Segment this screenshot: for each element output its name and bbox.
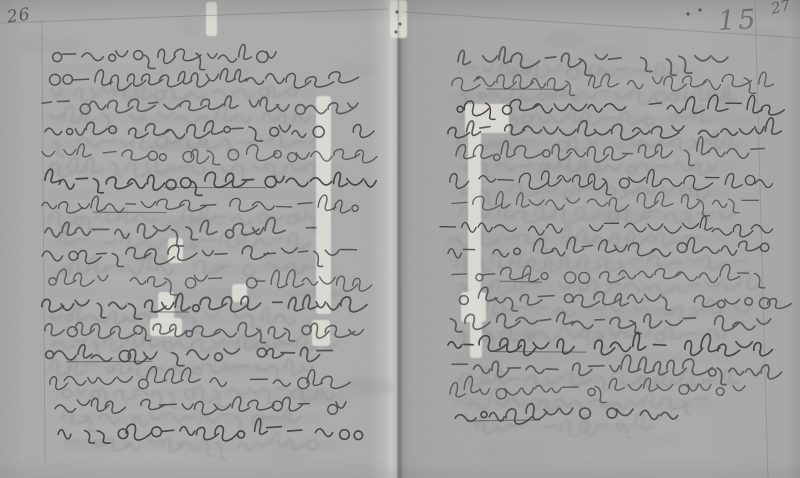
underline-stroke [66, 361, 152, 362]
ink-speck [395, 10, 398, 13]
ink-smudge [331, 62, 379, 77]
ink-speck [398, 22, 401, 25]
bleed-band [454, 330, 735, 340]
tape-patch [206, 2, 217, 36]
ink-speck [394, 30, 397, 33]
ink-smudge [762, 36, 787, 52]
bleed-band [59, 414, 321, 424]
folio-number: 15 [717, 4, 759, 37]
underline-stroke [486, 89, 564, 90]
manuscript-artwork-svg [0, 0, 800, 478]
ink-smudge [17, 37, 88, 53]
ink-speck [686, 12, 689, 15]
bleed-band [452, 259, 735, 269]
ink-smudge [478, 442, 544, 460]
ink-smudge [580, 46, 630, 55]
tape-patch [232, 284, 247, 302]
bleed-band [452, 353, 729, 363]
ink-smudge [343, 377, 394, 396]
ink-smudge [543, 31, 586, 48]
bleed-band [49, 289, 343, 299]
left-page-number: 26 [6, 4, 32, 27]
ink-speck [698, 8, 701, 11]
underline-stroke [164, 187, 266, 188]
bleed-band [49, 189, 338, 199]
ink-smudge [644, 434, 680, 441]
manuscript-scan: 26 15 27 [0, 0, 800, 478]
ink-smudge [178, 19, 203, 36]
ink-speck [476, 76, 479, 79]
